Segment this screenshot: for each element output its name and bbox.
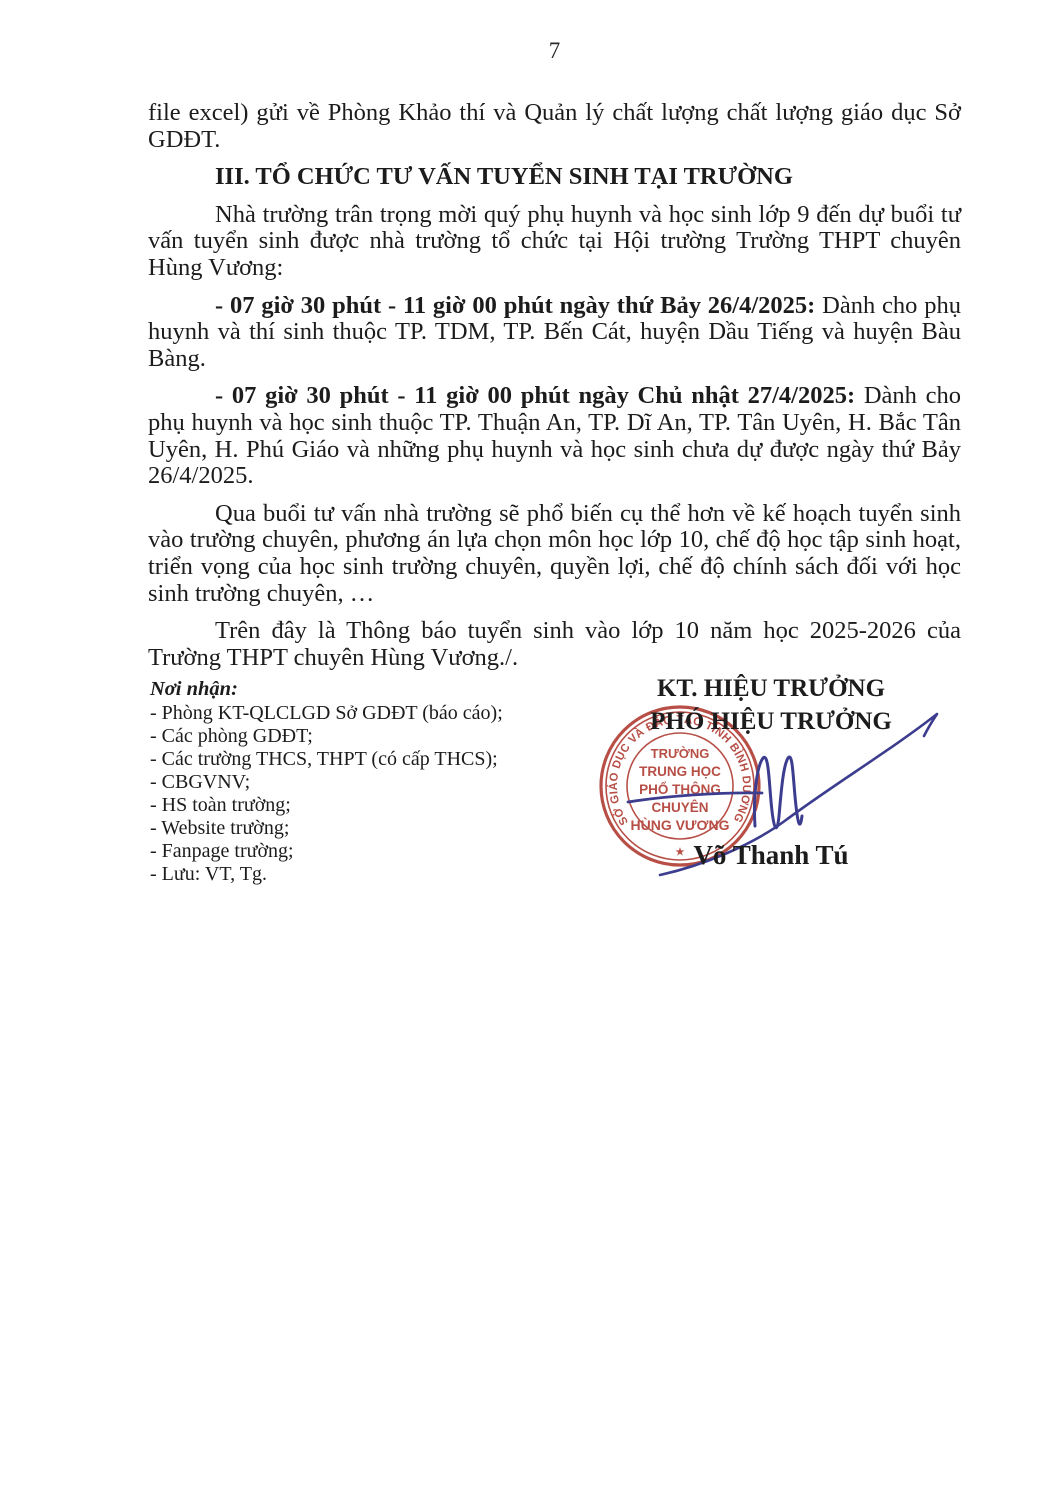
- signer-name: Võ Thanh Tú: [581, 840, 961, 871]
- signer-title-line2: PHÓ HIỆU TRƯỞNG: [581, 705, 961, 738]
- stamp-line-truong: TRƯỜNG: [651, 746, 710, 761]
- schedule-item-saturday: - 07 giờ 30 phút - 11 giờ 00 phút ngày t…: [148, 293, 961, 373]
- paragraph-invitation: Nhà trường trân trọng mời quý phụ huynh …: [148, 202, 961, 282]
- recipient-item: - Website trường;: [150, 817, 580, 840]
- schedule-item-sunday: - 07 giờ 30 phút - 11 giờ 00 phút ngày C…: [148, 383, 961, 489]
- schedule-time-saturday: - 07 giờ 30 phút - 11 giờ 00 phút ngày t…: [215, 292, 815, 319]
- stamp-line-pho-thong: PHỔ THÔNG: [639, 782, 721, 797]
- schedule-time-sunday: - 07 giờ 30 phút - 11 giờ 00 phút ngày C…: [215, 382, 855, 409]
- recipients-label: Nơi nhận:: [150, 676, 580, 702]
- stamp-line-trung-hoc: TRUNG HỌC: [639, 764, 721, 779]
- recipient-item: - Fanpage trường;: [150, 840, 580, 863]
- recipients-block: Nơi nhận: - Phòng KT-QLCLGD Sở GDĐT (báo…: [150, 676, 580, 886]
- paragraph-continued: file excel) gửi về Phòng Khảo thí và Quả…: [148, 100, 961, 153]
- section-heading: III. TỔ CHỨC TƯ VẤN TUYỂN SINH TẠI TRƯỜN…: [148, 164, 961, 191]
- stamp-line-chuyen: CHUYÊN: [651, 800, 708, 815]
- signature-block: KT. HIỆU TRƯỞNG PHÓ HIỆU TRƯỞNG SỞ GIÁO …: [581, 668, 961, 908]
- signer-title-line1: KT. HIỆU TRƯỞNG: [581, 672, 961, 705]
- recipient-item: - Các phòng GDĐT;: [150, 725, 580, 748]
- recipient-item: - Các trường THCS, THPT (có cấp THCS);: [150, 748, 580, 771]
- document-body: file excel) gửi về Phòng Khảo thí và Quả…: [148, 100, 961, 682]
- page-number: 7: [148, 38, 961, 64]
- stamp-line-hung-vuong: HÙNG VƯƠNG: [630, 816, 729, 833]
- recipient-item: - Lưu: VT, Tg.: [150, 863, 580, 886]
- recipient-item: - Phòng KT-QLCLGD Sở GDĐT (báo cáo);: [150, 702, 580, 725]
- document-page: 7 file excel) gửi về Phòng Khảo thí và Q…: [0, 0, 1061, 1500]
- paragraph-purpose: Qua buổi tư vấn nhà trường sẽ phổ biến c…: [148, 501, 961, 607]
- recipient-item: - HS toàn trường;: [150, 794, 580, 817]
- recipient-item: - CBGVNV;: [150, 771, 580, 794]
- paragraph-closing: Trên đây là Thông báo tuyển sinh vào lớp…: [148, 618, 961, 671]
